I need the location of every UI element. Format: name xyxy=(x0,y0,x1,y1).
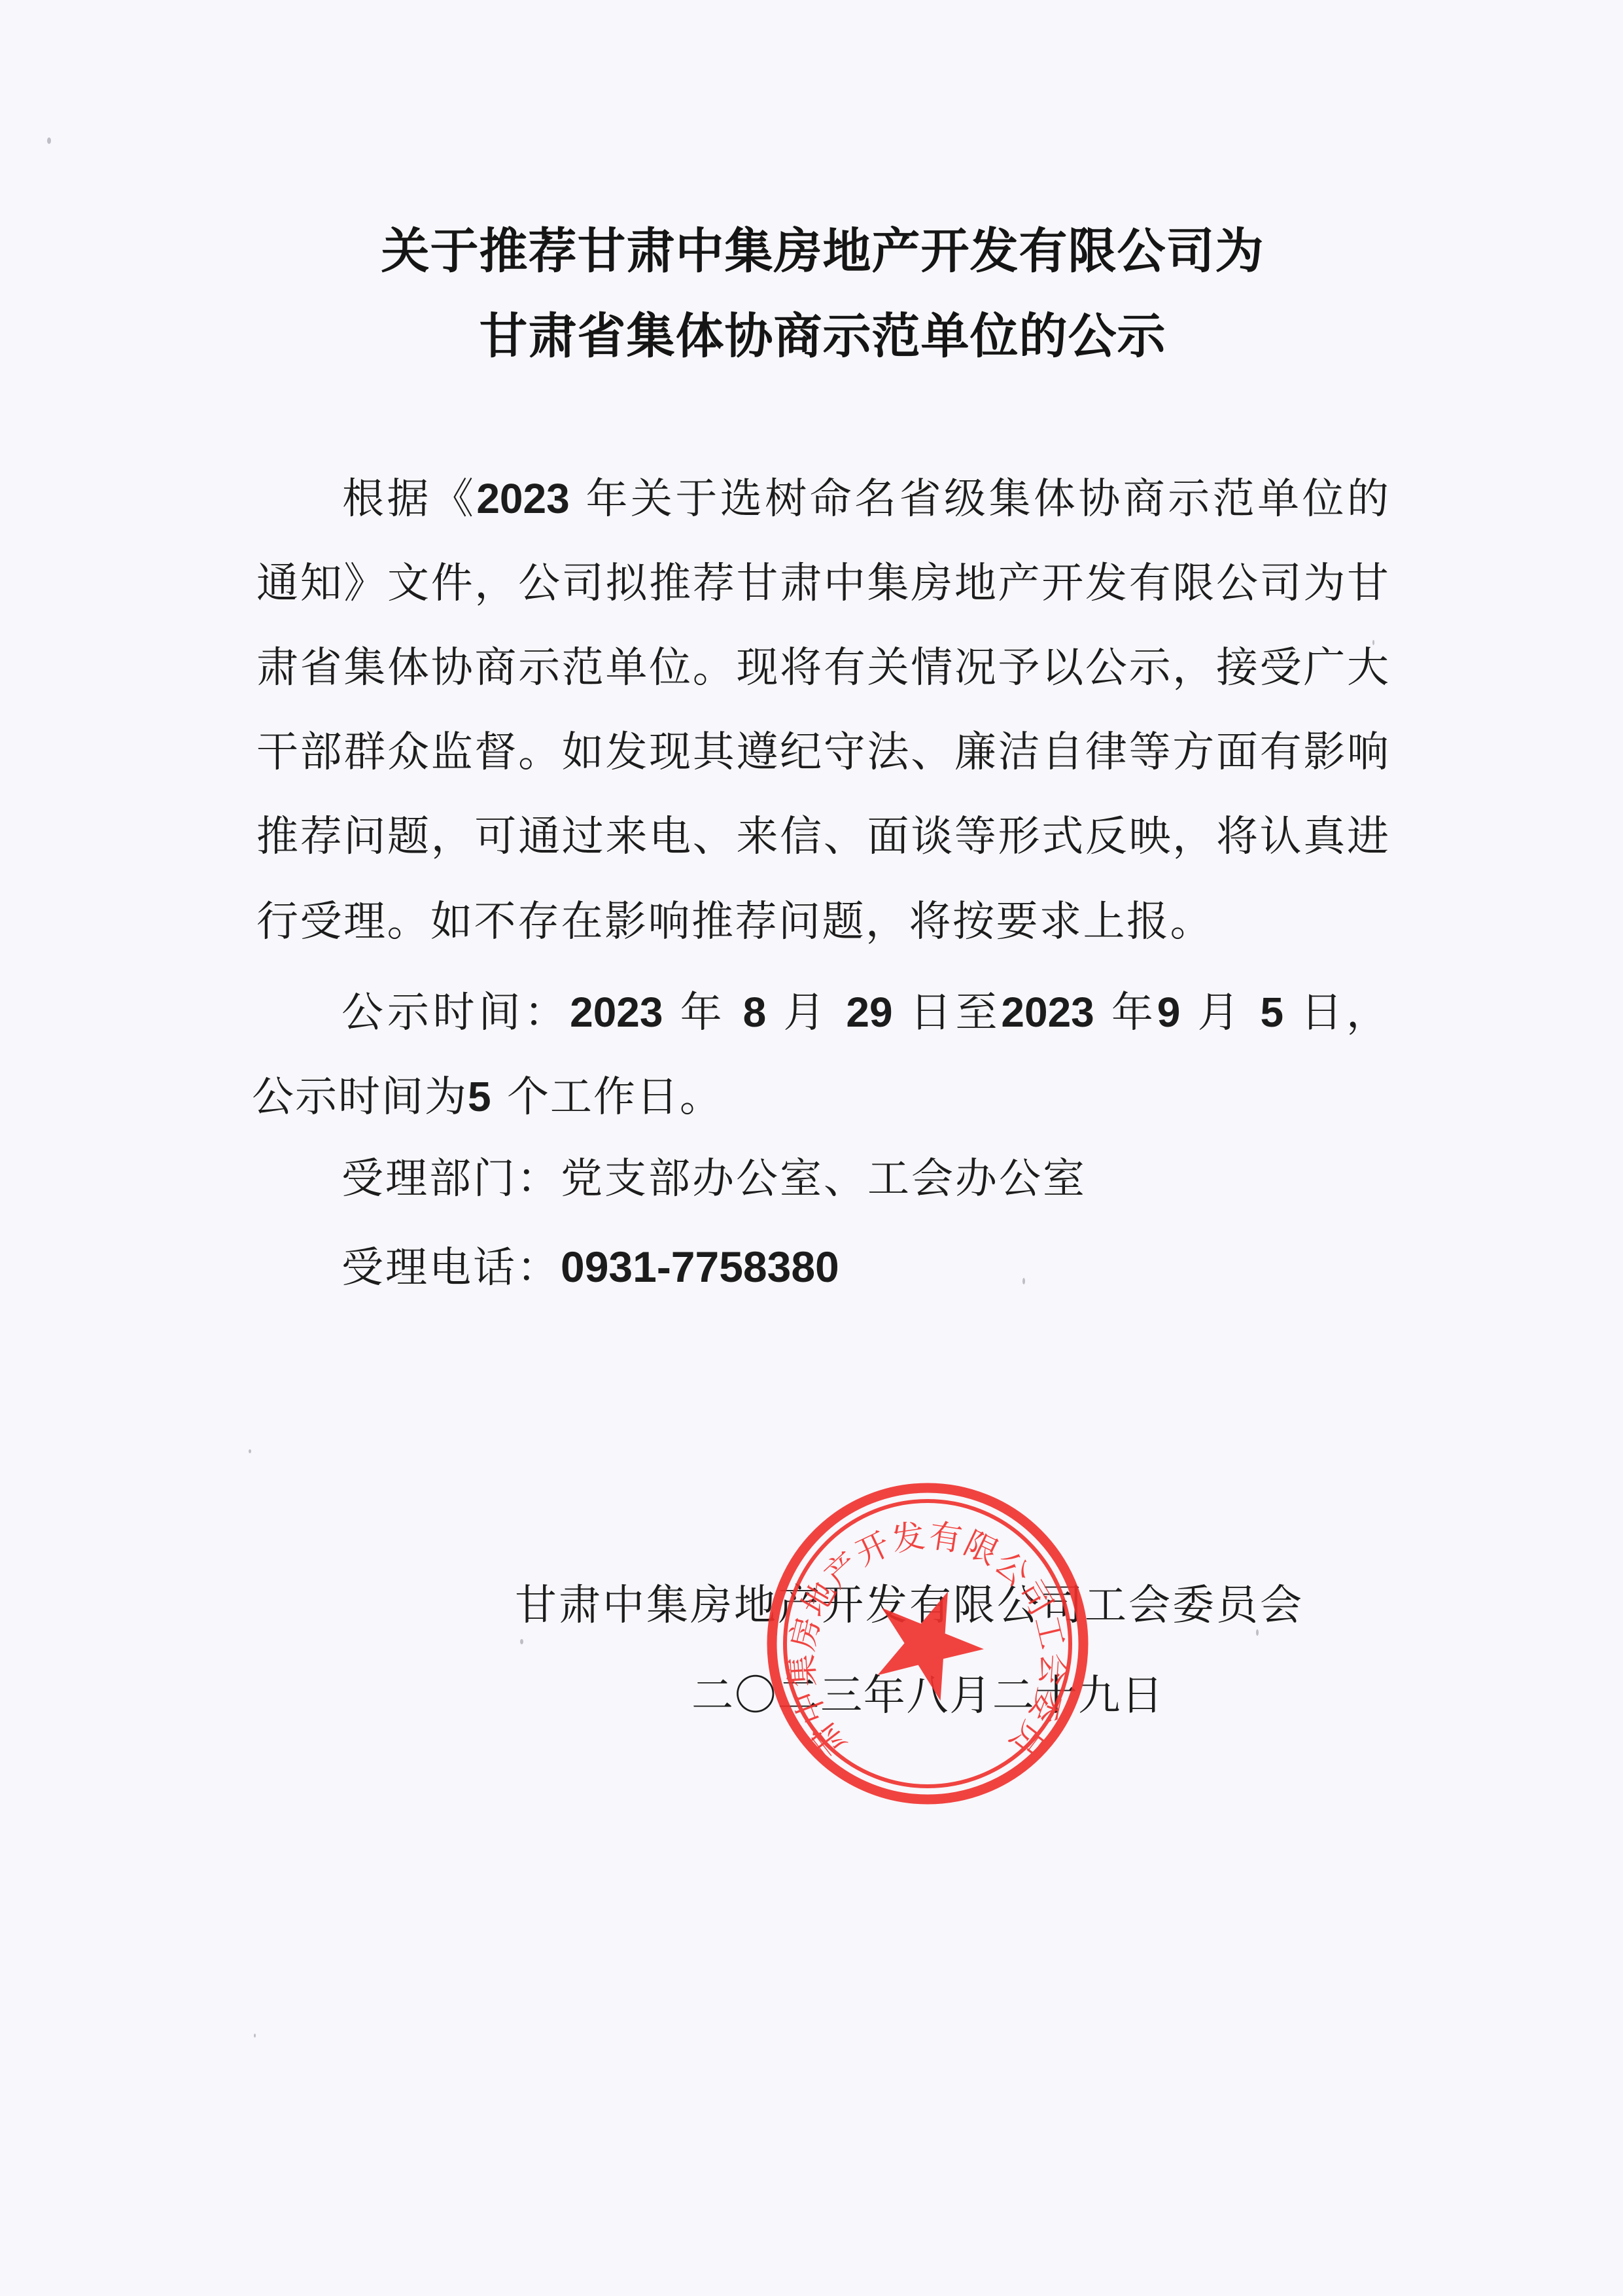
body-text: 根据《 xyxy=(342,475,476,523)
duration-prefix: 公示时间为 xyxy=(252,1073,468,1122)
publicity-period-line: 公示时间：2023 年 8 月 29 日至2023 年9 月 5 日， xyxy=(341,989,1388,1036)
start-month: 8 xyxy=(743,989,767,1036)
workdays-number: 5 xyxy=(468,1073,493,1120)
scan-speck xyxy=(1022,1278,1025,1284)
duration-suffix: 个工作日。 xyxy=(493,1073,723,1122)
scan-speck xyxy=(1372,640,1374,645)
document-title-line-1: 关于推荐甘肃中集房地产开发有限公司为 xyxy=(0,225,1623,277)
year-char: 年 xyxy=(1094,989,1157,1037)
scan-speck xyxy=(520,1639,523,1644)
month-char: 月 xyxy=(766,989,846,1037)
start-year: 2023 xyxy=(570,989,663,1036)
scan-speck xyxy=(249,1449,251,1453)
phone-number: 0931-7758380 xyxy=(561,1243,839,1291)
year-number: 2023 xyxy=(476,475,569,522)
document-title-line-2: 甘肃省集体协商示范单位的公示 xyxy=(0,310,1623,362)
body-paragraph-line: 行受理。如不存在影响推荐问题，将按要求上报。 xyxy=(256,898,1213,945)
department-label: 受理部门： xyxy=(341,1155,561,1203)
body-paragraph-line: 干部群众监督。如发现其遵纪守法、廉洁自律等方面有影响 xyxy=(256,729,1389,776)
publicity-duration-line: 公示时间为5 个工作日。 xyxy=(252,1073,723,1121)
to-text: 日至 xyxy=(893,989,1002,1037)
signature-organization: 甘肃中集房地产开发有限公司工会委员会 xyxy=(515,1582,1302,1629)
scan-speck xyxy=(47,137,51,144)
body-paragraph-line: 肃省集体协商示范单位。现将有关情况予以公示，接受广大 xyxy=(256,645,1389,692)
body-paragraph-line: 推荐问题，可通过来电、来信、面谈等形式反映，将认真进 xyxy=(256,813,1389,860)
phone-line: 受理电话：0931-7758380 xyxy=(341,1243,839,1292)
period-label: 公示时间： xyxy=(341,989,570,1037)
scan-speck xyxy=(254,2034,256,2038)
phone-label: 受理电话： xyxy=(341,1244,561,1292)
signature-date: 二〇二三年八月二十九日 xyxy=(691,1672,1163,1720)
year-char: 年 xyxy=(663,989,742,1037)
body-paragraph-line: 根据《2023 年关于选树命名省级集体协商示范单位的 xyxy=(342,475,1389,523)
month-char: 月 xyxy=(1180,989,1260,1037)
end-year: 2023 xyxy=(1001,989,1094,1036)
document-page: 关于推荐甘肃中集房地产开发有限公司为 甘肃省集体协商示范单位的公示 根据《202… xyxy=(0,0,1623,2296)
start-day: 29 xyxy=(846,989,892,1036)
department-line: 受理部门：党支部办公室、工会办公室 xyxy=(341,1156,1087,1203)
end-month: 9 xyxy=(1157,989,1181,1036)
official-seal: 甘肃中集房地产开发有限公司工会委员会 xyxy=(764,1480,1091,1807)
body-paragraph-line: 通知》文件，公司拟推荐甘肃中集房地产开发有限公司为甘 xyxy=(256,560,1389,607)
scan-speck xyxy=(1256,1629,1259,1636)
end-day: 5 xyxy=(1260,989,1283,1036)
body-text: 年关于选树命名省级集体协商示范单位的 xyxy=(570,475,1389,523)
department-value: 党支部办公室、工会办公室 xyxy=(561,1155,1087,1203)
end-text: 日， xyxy=(1283,989,1388,1037)
